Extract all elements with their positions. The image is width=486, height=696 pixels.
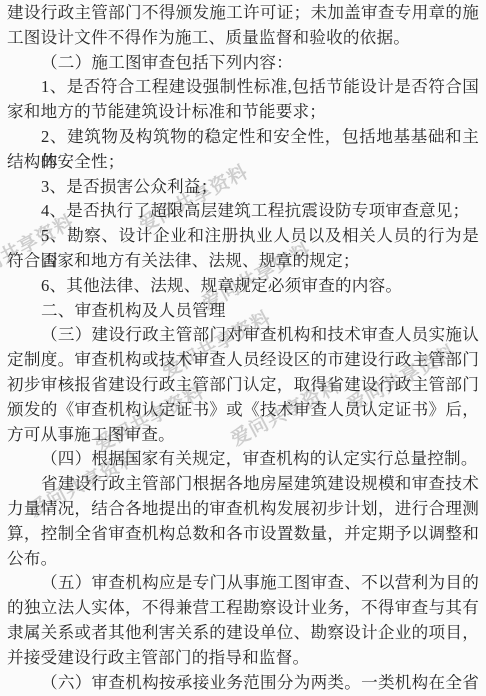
text-line: 方可从事施工图审查。	[7, 423, 479, 448]
text-line: 4、是否执行了超限高层建筑工程抗震设防专项审查意见；	[7, 199, 479, 224]
text-line: （二）施工图审查包括下列内容：	[7, 51, 479, 76]
text-line: 二、审查机构及人员管理	[7, 299, 479, 324]
text-line: 工图设计文件不得作为施工、质量监督和验收的依据。	[7, 26, 479, 51]
text-line: 建设行政主管部门不得颁发施工许可证；未加盖审查专用章的施	[7, 1, 479, 26]
text-line: 3、是否损害公众利益；	[7, 175, 479, 200]
document-text: 建设行政主管部门不得颁发施工许可证；未加盖审查专用章的施 工图设计文件不得作为施…	[0, 0, 486, 696]
text-line: 家和地方的节能建筑设计标准和节能要求；	[7, 100, 479, 125]
text-line: 6、其他法律、法规、规章规定必须审查的内容。	[7, 274, 479, 299]
text-line: 并接受建设行政主管部门的指导和监督。	[7, 646, 479, 671]
text-line: （三）建设行政主管部门对审查机构和技术审查人员实施认	[7, 323, 479, 348]
text-line: 符合国家和地方有关法律、法规、规章的规定；	[7, 249, 479, 274]
text-line: （五）审查机构应是专门从事施工图审查、不以营利为目的	[7, 571, 479, 596]
text-line: 颁发的《审查机构认定证书》或《技术审查人员认定证书》后，	[7, 398, 479, 423]
text-line: 2、建筑物及构筑物的稳定性和安全性，包括地基基础和主体	[7, 125, 479, 150]
text-line: 的独立法人实体，不得兼营工程勘察设计业务，不得审查与其有	[7, 596, 479, 621]
text-line: 力量情况，结合各地提出的审查机构发展初步计划，进行合理测	[7, 497, 479, 522]
text-line: 结构的安全性；	[7, 150, 479, 175]
text-line: （四）根据国家有关规定，审查机构的认定实行总量控制。	[7, 447, 479, 472]
document-page: 爱问共享资料 爱问共享资料 爱问共享资料 爱问共享资料 爱问共享资料 爱问共享资…	[0, 0, 486, 696]
text-line: 公布。	[7, 547, 479, 572]
text-line: 5、勘察、设计企业和注册执业人员以及相关人员的行为是否	[7, 224, 479, 249]
text-line: 省建设行政主管部门根据各地房屋建筑建设规模和审查技术	[7, 472, 479, 497]
text-line: 定制度。审查机构或技术审查人员经设区的市建设行政主管部门	[7, 348, 479, 373]
text-line: 算，控制全省审查机构总数和各市设置数量，并定期予以调整和	[7, 522, 479, 547]
text-line: （六）审查机构按承接业务范围分为两类。一类机构在全省	[7, 671, 479, 696]
text-line: 初步审核报省建设行政主管部门认定，取得省建设行政主管部门	[7, 373, 479, 398]
text-line: 隶属关系或者其他利害关系的建设单位、勘察设计企业的项目，	[7, 621, 479, 646]
text-line: 1、是否符合工程建设强制性标准,包括节能设计是否符合国	[7, 75, 479, 100]
